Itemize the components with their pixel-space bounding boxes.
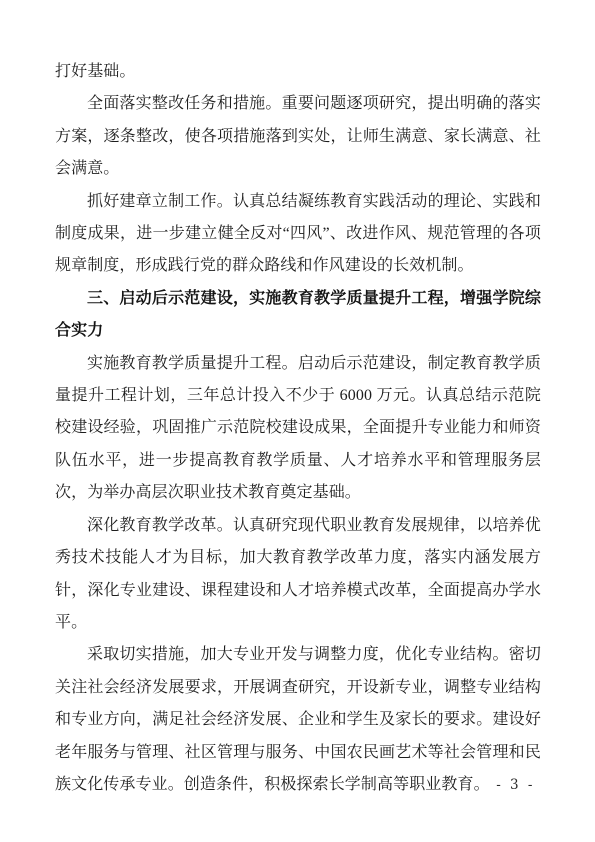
- section-heading: 三、启动后示范建设，实施教育教学质量提升工程，增强学院综合实力: [55, 283, 541, 348]
- page-number: - 3 -: [496, 777, 535, 793]
- document-body: 打好基础。 全面落实整改任务和措施。重要问题逐项研究，提出明确的落实方案，逐条整…: [55, 56, 541, 801]
- paragraph: 深化教育教学改革。认真研究现代职业教育发展规律，以培养优秀技术技能人才为目标，加…: [55, 510, 541, 640]
- paragraph: 采取切实措施，加大专业开发与调整力度，优化专业结构。密切关注社会经济发展要求，开…: [55, 639, 541, 801]
- document-page: 打好基础。 全面落实整改任务和措施。重要问题逐项研究，提出明确的落实方案，逐条整…: [0, 0, 595, 842]
- paragraph: 抓好建章立制工作。认真总结凝练教育实践活动的理论、实践和制度成果，进一步建立健全…: [55, 186, 541, 283]
- paragraph-continuation: 打好基础。: [55, 56, 541, 88]
- paragraph: 实施教育教学质量提升工程。启动后示范建设，制定教育教学质量提升工程计划，三年总计…: [55, 348, 541, 510]
- paragraph: 全面落实整改任务和措施。重要问题逐项研究，提出明确的落实方案，逐条整改，使各项措…: [55, 88, 541, 185]
